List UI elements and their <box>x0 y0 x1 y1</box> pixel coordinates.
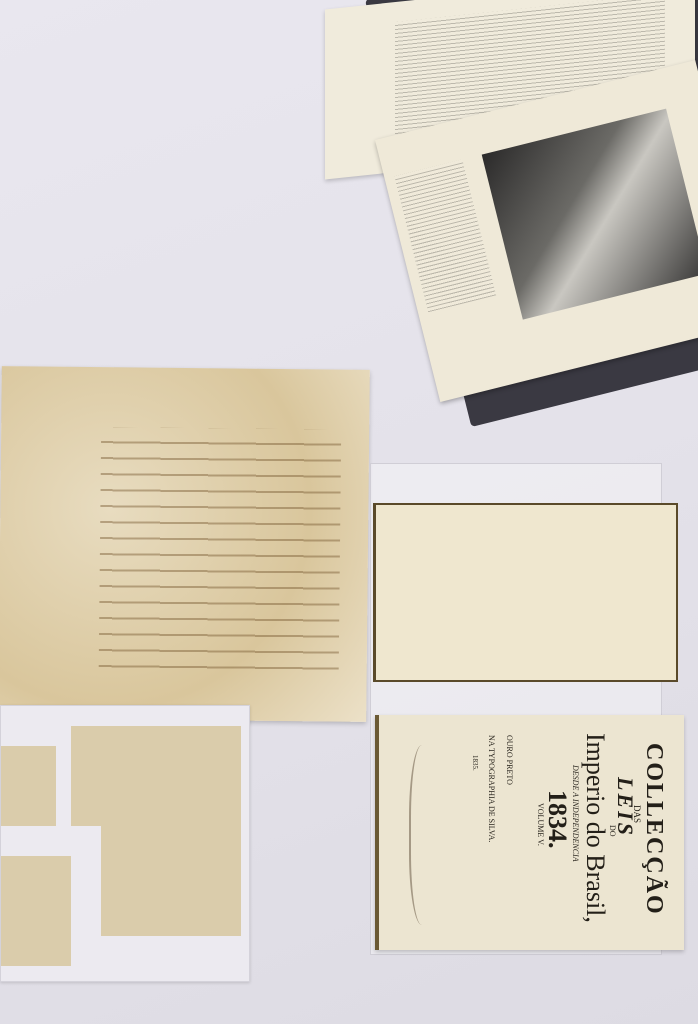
book-cover-blank <box>373 503 678 682</box>
title-printer: NA TYPOGRAPHIA DE SILVA. <box>487 735 496 842</box>
title-independencia: DESDE A INDEPENDENCIA <box>571 765 580 862</box>
title-year: 1834. <box>542 790 572 849</box>
manuscript-letter <box>0 366 370 722</box>
open-book <box>305 0 698 430</box>
fragments-sleeve <box>0 705 250 982</box>
closed-book: COLLECÇÃO DAS LEIS DO Imperio do Brasil,… <box>370 463 685 958</box>
title-volume: VOLUME V. <box>536 803 545 846</box>
title-place: OURO PRETO <box>505 735 514 785</box>
signature <box>409 745 441 925</box>
title-imperio: Imperio do Brasil, <box>580 733 610 923</box>
title-date: 1835. <box>471 755 479 771</box>
title-collecao: COLLECÇÃO <box>640 743 667 916</box>
title-page: COLLECÇÃO DAS LEIS DO Imperio do Brasil,… <box>375 715 684 950</box>
handwriting <box>99 427 342 679</box>
crucifix-plate <box>482 109 698 320</box>
